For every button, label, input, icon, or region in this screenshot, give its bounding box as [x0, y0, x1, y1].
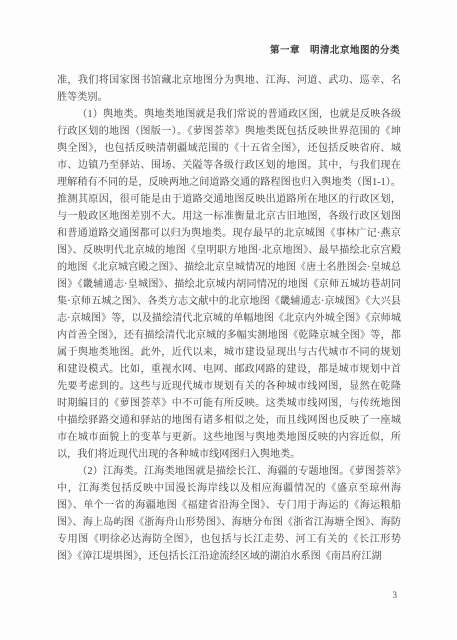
page-number: 3 — [57, 590, 397, 600]
paragraph: （1）舆地类。舆地类地图就是我们常说的普通政区图，也就是反映各级行政区划的地图（… — [57, 106, 401, 463]
paragraph: 准，我们将国家图书馆藏北京地图分为舆地、江海、河道、武功、巡幸、名胜等类别。 — [57, 72, 401, 106]
page-body: 准，我们将国家图书馆藏北京地图分为舆地、江海、河道、武功、巡幸、名胜等类别。 （… — [57, 72, 401, 565]
paragraph: （2）江海类。江海类地图就是描绘长江、海疆的专题地图。《萝图荟萃》中，江海类包括… — [57, 463, 401, 565]
running-header: 第一章 明清北京地图的分类 — [57, 42, 400, 56]
book-page: 第一章 明清北京地图的分类 准，我们将国家图书馆藏北京地图分为舆地、江海、河道、… — [0, 0, 457, 640]
